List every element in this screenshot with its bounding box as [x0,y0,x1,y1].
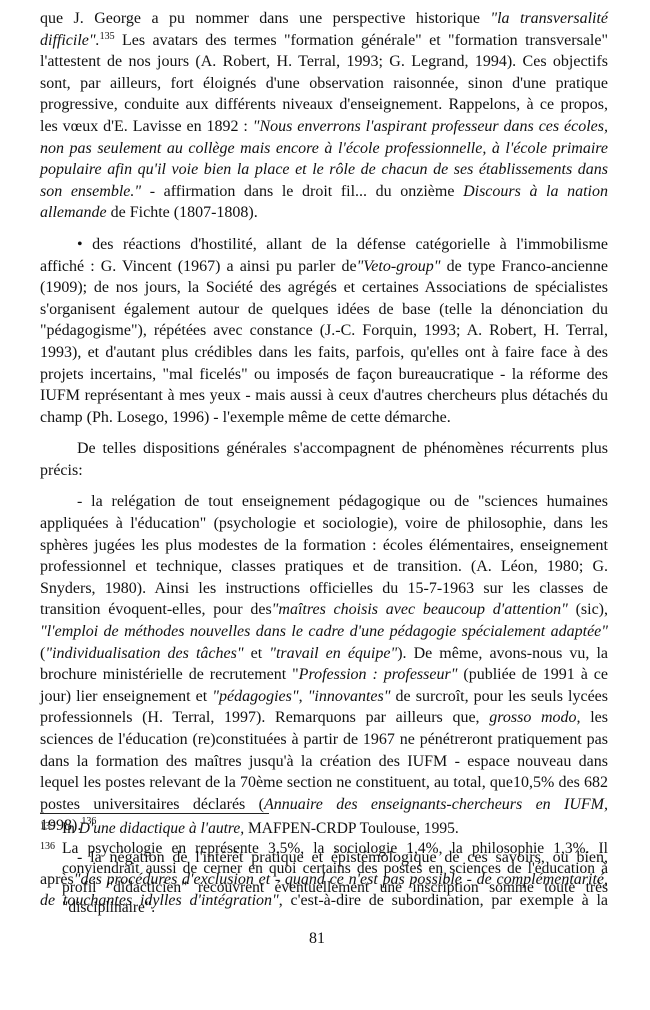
text-line: conviendrait aussi de cerner en quoi cer… [62,859,608,879]
italic-text: "Nous enverrons l'aspirant professeur da… [253,118,608,135]
italic-text: "l'emploi de méthodes nouvelles dans le … [40,623,608,640]
text-run: De telles dispositions générales s'accom… [77,440,608,457]
text-run: précis: [40,462,83,479]
footnote-number: 136 [40,841,55,853]
text-line: transition évoquent-elles, pour des"maît… [40,599,608,621]
text-line: ("individualisation des tâches" et "trav… [40,643,608,665]
paragraph: De telles dispositions générales s'accom… [40,438,608,481]
text-line: lequel les postes relevant de la 70ème s… [40,772,608,794]
italic-text: grosso modo, [489,709,580,726]
text-run: de Fichte (1807-1808). [107,204,258,221]
footnote-separator [40,813,269,814]
paragraph: • des réactions d'hostilité, allant de l… [40,234,608,428]
text-run: (sic), [568,601,608,618]
italic-text: "innovantes" [308,688,391,705]
italic-text: "individualisation des tâches" [45,645,243,662]
italic-text: Profession : professeur" [299,666,458,683]
text-line: projets incertains, "mal ficelés" ou imp… [40,364,608,386]
text-line: IUFM représentant à mes yeux - mais auss… [40,385,608,407]
italic-text: non pas seulement au collège mais encore… [40,140,608,157]
text-line: les vœux d'E. Lavisse en 1892 : "Nous en… [40,116,608,138]
text-run: IUFM représentant à mes yeux - mais auss… [40,387,608,404]
text-line: professionnel et technique, classes prat… [40,556,608,578]
text-run: conviendrait aussi de cerner en quoi cer… [62,860,608,877]
text-line: appliquées à l'éducation" (psychologie e… [40,513,608,535]
text-line: "pédagogisme"), répétées avec constance … [40,320,608,342]
text-run: les [581,709,608,726]
text-line: professionnels (H. Terral, 1997). Remarq… [40,707,608,729]
text-line: De telles dispositions générales s'accom… [40,438,608,460]
text-run: sciences de l'éducation (re)constituées … [40,731,608,748]
text-run: (publiée de 1991 à ce [457,666,608,683]
text-run: l'attestent de nos jours (A. Robert, H. … [40,53,608,70]
italic-text: populaire afin qu'il voie bien la place … [40,161,608,178]
text-line: "l'emploi de méthodes nouvelles dans le … [40,621,608,643]
text-line: populaire afin qu'il voie bien la place … [40,159,608,181]
text-run: "pédagogisme"), répétées avec constance … [40,322,608,339]
text-run: MAFPEN-CRDP Toulouse, 1995. [244,820,459,837]
italic-text: "pédagogies" [212,688,298,705]
paragraph: que J. George a pu nommer dans une persp… [40,8,608,224]
footnote: 135In D'une didactique à l'autre, MAFPEN… [40,819,608,839]
text-run: , [299,688,308,705]
text-run: • des réactions d'hostilité, allant de l… [77,236,608,253]
paragraph: - la relégation de tout enseignement péd… [40,491,608,837]
text-line: In D'une didactique à l'autre, MAFPEN-CR… [62,819,608,839]
text-line: difficile".135 Les avatars des termes "f… [40,30,608,52]
text-line: dans la formation des maîtres jusqu'à la… [40,751,608,773]
text-run: de surcroît, pour les seuls lycées [390,688,608,705]
text-run: jour) lier enseignement et [40,688,212,705]
text-run: les vœux d'E. Lavisse en 1892 : [40,118,253,135]
text-run: ). De même, avons-nous vu, la [397,645,608,662]
text-run: sont, par ailleurs, fort éloignés d'une … [40,75,608,92]
text-line: 1993), et d'autant plus crédibles dans l… [40,342,608,364]
text-run: affiché : G. Vincent (1967) a ainsi pu p… [40,258,357,275]
text-run: In [62,820,79,837]
text-run: et [244,645,270,662]
text-run: s'organisent également autour de quelque… [40,301,608,318]
text-line: - la relégation de tout enseignement péd… [40,491,608,513]
text-run: de type Franco-ancienne [441,258,608,275]
text-line: jour) lier enseignement et "pédagogies",… [40,686,608,708]
text-line: Snyders, 1980). Ainsi les instructions o… [40,578,608,600]
italic-text: "travail en équipe" [269,645,397,662]
text-line: s'organisent également autour de quelque… [40,299,608,321]
text-run: que J. George a pu nommer dans une persp… [40,10,490,27]
text-line: (1909); de nos jours, la Société des agr… [40,277,608,299]
text-run: profil "didacticien" recouvrent éventuel… [62,879,608,896]
text-line: La psychologie en représente 3,5%, la so… [62,839,608,859]
text-line: allemande de Fichte (1807-1808). [40,202,608,224]
text-line: "disciplinaire". [62,898,608,918]
body-text: que J. George a pu nommer dans une persp… [40,8,608,922]
italic-text: son ensemble." [40,183,141,200]
text-line: profil "didacticien" recouvrent éventuel… [62,878,608,898]
text-run: projets incertains, "mal ficelés" ou imp… [40,366,608,383]
text-line: non pas seulement au collège mais encore… [40,138,608,160]
text-run: champ (Ph. Losego, 1996) - l'exemple mêm… [40,409,451,426]
text-run: Snyders, 1980). Ainsi les instructions o… [40,580,608,597]
text-line: que J. George a pu nommer dans une persp… [40,8,608,30]
italic-text: D'une didactique à l'autre, [79,820,244,837]
text-run: transition évoquent-elles, pour des [40,601,272,618]
text-run: - affirmation dans le droit fil... du on… [141,183,463,200]
document-page: que J. George a pu nommer dans une persp… [0,0,650,1010]
footnote: 136La psychologie en représente 3,5%, la… [40,839,608,918]
text-line: progressive, conduite aux différents niv… [40,94,608,116]
text-line: brochure ministérielle de recrutement "P… [40,664,608,686]
text-line: son ensemble." - affirmation dans le dro… [40,181,608,203]
italic-text: allemande [40,204,107,221]
text-run: "disciplinaire". [62,899,155,916]
italic-text: "Veto-group" [357,258,441,275]
text-line: sciences de l'éducation (re)constituées … [40,729,608,751]
text-run: (1909); de nos jours, la Société des agr… [40,279,608,296]
text-run: - la relégation de tout enseignement péd… [77,493,608,510]
text-line: précis: [40,460,608,482]
italic-text: difficile". [40,32,100,49]
page-number: 81 [0,930,634,948]
footnotes: 135In D'une didactique à l'autre, MAFPEN… [40,819,608,918]
footnote-number: 135 [40,821,55,833]
text-line: affiché : G. Vincent (1967) a ainsi pu p… [40,256,608,278]
text-line: champ (Ph. Losego, 1996) - l'exemple mêm… [40,407,608,429]
text-run: progressive, conduite aux différents niv… [40,96,608,113]
text-run: professionnels (H. Terral, 1997). Remarq… [40,709,489,726]
text-run: postes universitaires déclarés ( [40,796,264,813]
text-line: sphères jugées les plus modestes de la f… [40,535,608,557]
text-run: La psychologie en représente 3,5%, la so… [62,840,608,857]
text-run: appliquées à l'éducation" (psychologie e… [40,515,608,532]
text-run: brochure ministérielle de recrutement " [40,666,299,683]
text-line: sont, par ailleurs, fort éloignés d'une … [40,73,608,95]
italic-text: "la transversalité [490,10,608,27]
text-run: lequel les postes relevant de la 70ème s… [40,774,608,791]
text-line: • des réactions d'hostilité, allant de l… [40,234,608,256]
footnote-reference: 135 [100,31,115,42]
text-run: professionnel et technique, classes prat… [40,558,608,575]
text-line: l'attestent de nos jours (A. Robert, H. … [40,51,608,73]
text-run: sphères jugées les plus modestes de la f… [40,537,608,554]
text-run: 1993), et d'autant plus crédibles dans l… [40,344,608,361]
italic-text: Discours à la nation [463,183,608,200]
italic-text: Annuaire des enseignants-chercheurs en I… [264,796,608,813]
italic-text: "maîtres choisis avec beaucoup d'attenti… [272,601,568,618]
text-run: Les avatars des termes "formation généra… [115,32,608,49]
text-run: dans la formation des maîtres jusqu'à la… [40,753,608,770]
